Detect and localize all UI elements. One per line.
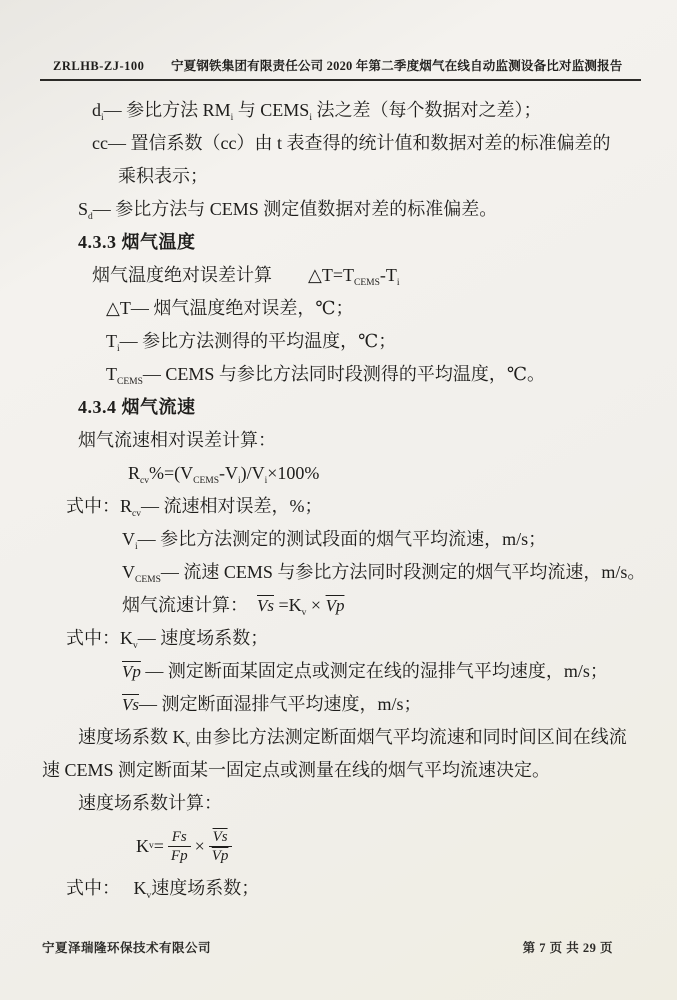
definition-rcv: 式中：Rcv— 流速相对误差，%； (42, 490, 641, 523)
definition-sd: Sd— 参比方法与 CEMS 测定值数据对差的标准偏差。 (42, 193, 641, 226)
temp-error-formula-line: 烟气温度绝对误差计算 △T=TCEMS-Ti (42, 259, 641, 292)
section-heading-4-3-3: 4.3.3 烟气温度 (42, 226, 641, 259)
document-page: ZRLHB-ZJ-100 宁夏钢铁集团有限责任公司 2020 年第二季度烟气在线… (0, 0, 677, 1000)
page-header: ZRLHB-ZJ-100 宁夏钢铁集团有限责任公司 2020 年第二季度烟气在线… (53, 56, 637, 74)
definition-ti: Ti— 参比方法测得的平均温度，℃； (42, 325, 641, 358)
definition-di: di— 参比方法 RMi 与 CEMSi 法之差（每个数据对之差）； (42, 94, 641, 127)
kv-formula: Kv=FsFp × VsVp (42, 820, 641, 872)
definition-kv-2: 式中： Kv速度场系数； (42, 872, 641, 905)
header-rule (40, 79, 641, 81)
page-footer: 宁夏泽瑞隆环保技术有限公司 第 7 页 共 29 页 (42, 938, 613, 956)
fraction: FsFp (167, 828, 192, 865)
kv-calc-intro: 速度场系数计算： (42, 787, 641, 820)
definition-vp-bar: Vp — 测定断面某固定点或测定在线的湿排气平均速度，m/s； (42, 655, 641, 688)
footer-company: 宁夏泽瑞隆环保技术有限公司 (42, 938, 211, 956)
document-body: di— 参比方法 RMi 与 CEMSi 法之差（每个数据对之差）；cc— 置信… (42, 94, 641, 905)
fraction: VsVp (208, 828, 233, 865)
definition-vcems: VCEMS— 流速 CEMS 与参比方法同时段测定的烟气平均流速，m/s。 (42, 556, 641, 589)
doc-code: ZRLHB-ZJ-100 (53, 59, 144, 74)
definition-cc-continued: 乘积表示； (42, 160, 641, 193)
footer-page-number: 第 7 页 共 29 页 (523, 938, 613, 956)
header-title: 宁夏钢铁集团有限责任公司 2020 年第二季度烟气在线自动监测设备比对监测报告 (144, 56, 637, 74)
definition-cc: cc— 置信系数（cc）由 t 表查得的统计值和数据对差的标准偏差的 (42, 127, 641, 160)
kv-paragraph-line2: 速 CEMS 测定断面某一固定点或测量在线的烟气平均流速决定。 (42, 754, 641, 787)
definition-delta-t: △T— 烟气温度绝对误差，℃； (42, 292, 641, 325)
section-heading-4-3-4: 4.3.4 烟气流速 (42, 391, 641, 424)
definition-tcems: TCEMS— CEMS 与参比方法同时段测得的平均温度，℃。 (42, 358, 641, 391)
flow-calc-formula-line: 烟气流速计算： Vs =Kv × Vp (42, 589, 641, 622)
flow-error-formula: Rcv%=(VCEMS-Vi)/Vi×100% (42, 457, 641, 490)
definition-vi: Vi— 参比方法测定的测试段面的烟气平均流速，m/s； (42, 523, 641, 556)
flow-error-intro: 烟气流速相对误差计算： (42, 424, 641, 457)
definition-kv: 式中：Kv— 速度场系数； (42, 622, 641, 655)
kv-paragraph-line1: 速度场系数 Kv 由参比方法测定断面烟气平均流速和同时间区间在线流 (42, 721, 641, 754)
definition-vs-bar: Vs— 测定断面湿排气平均速度，m/s； (42, 688, 641, 721)
